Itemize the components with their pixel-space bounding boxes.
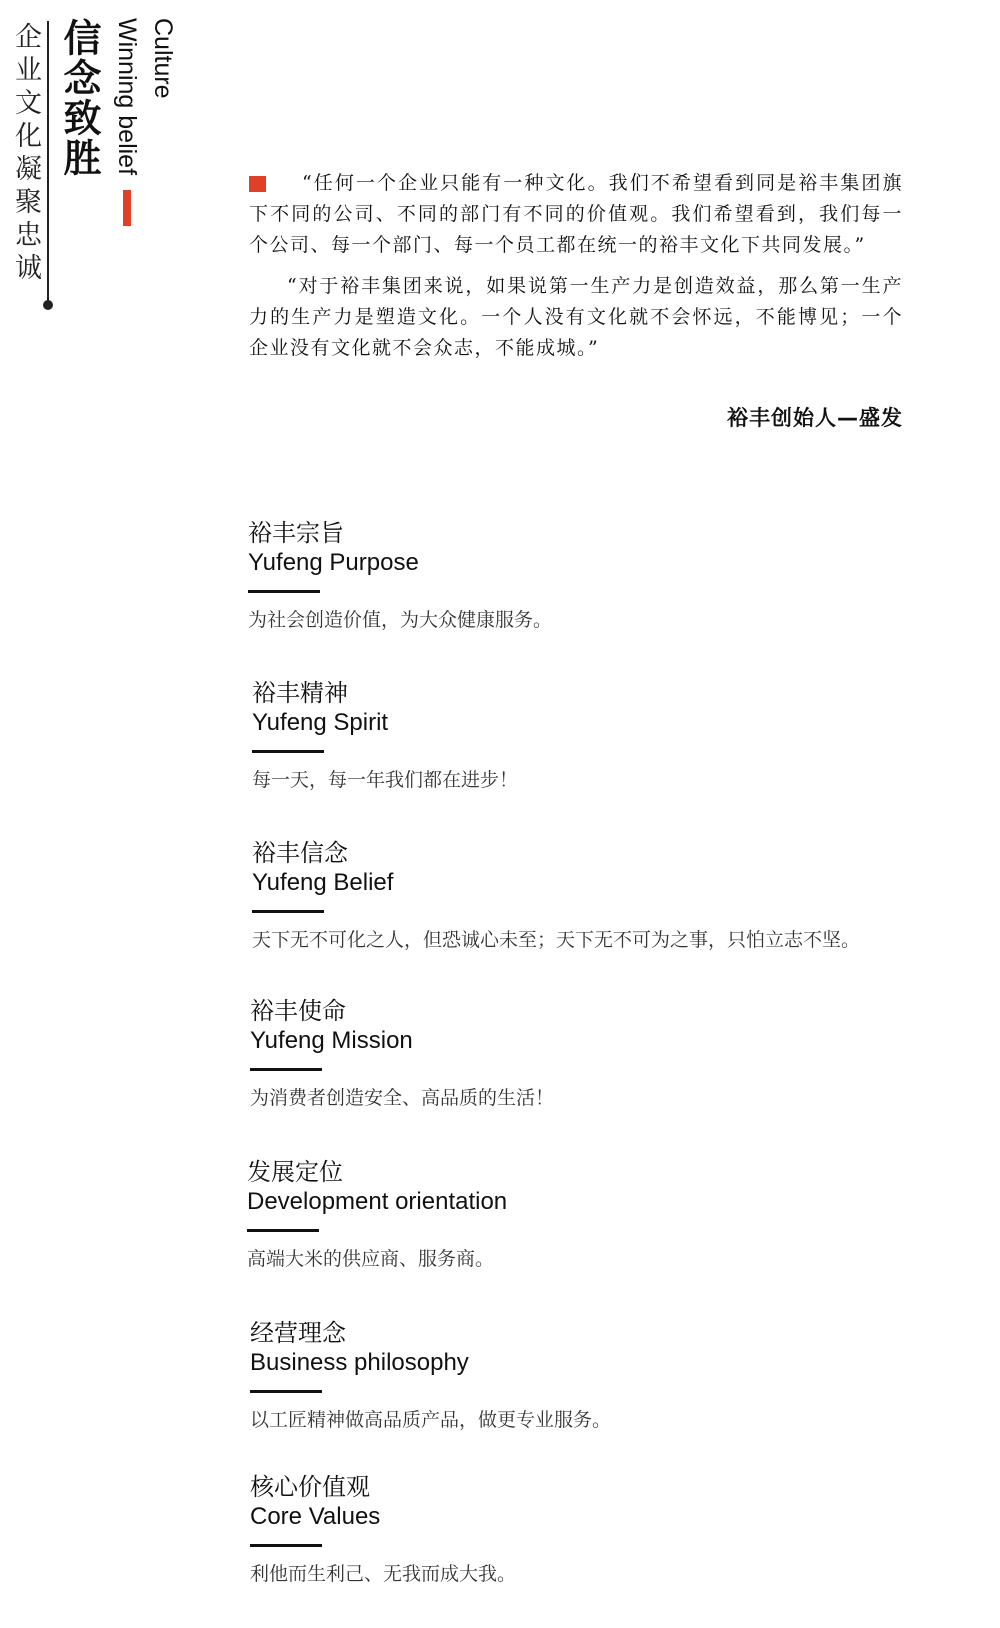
section-underline [250, 1544, 322, 1547]
section-description: 以工匠精神做高品质产品，做更专业服务。 [250, 1406, 930, 1434]
section-title-en: Core Values [250, 1502, 930, 1532]
section-title-zh: 裕丰宗旨 [248, 518, 928, 548]
section-title-en: Yufeng Belief [252, 868, 932, 898]
section-underline [252, 910, 324, 913]
section-title-zh: 经营理念 [250, 1318, 930, 1348]
section-underline [250, 1068, 322, 1071]
section-title-zh: 核心价值观 [250, 1472, 930, 1502]
divider-end-dot [43, 300, 53, 310]
section-belief: 裕丰信念 Yufeng Belief 天下无不可化之人，但恐诚心未至；天下无不可… [252, 838, 932, 954]
side-english-title: Culture [148, 18, 178, 99]
section-description: 高端大米的供应商、服务商。 [247, 1245, 927, 1273]
section-underline [247, 1229, 319, 1232]
quote-marker-icon [249, 176, 266, 192]
section-title-zh: 裕丰精神 [252, 678, 932, 708]
section-spirit: 裕丰精神 Yufeng Spirit 每一天，每一年我们都在进步！ [252, 678, 932, 794]
section-purpose: 裕丰宗旨 Yufeng Purpose 为社会创造价值，为大众健康服务。 [248, 518, 928, 634]
section-description: 为消费者创造安全、高品质的生活！ [250, 1084, 930, 1112]
accent-bar [123, 190, 131, 226]
section-title-zh: 裕丰使命 [250, 996, 930, 1026]
section-title-en: Development orientation [247, 1187, 927, 1217]
section-description: 利他而生利己、无我而成大我。 [250, 1560, 930, 1588]
section-title-en: Yufeng Spirit [252, 708, 932, 738]
section-title-en: Yufeng Mission [250, 1026, 930, 1056]
section-title-en: Business philosophy [250, 1348, 930, 1378]
section-description: 天下无不可化之人，但恐诚心未至；天下无不可为之事，只怕立志不坚。 [252, 926, 932, 954]
quote-paragraph: “任何一个企业只能有一种文化。我们不希望看到同是裕丰集团旗下不同的公司、不同的部… [249, 168, 903, 261]
section-business-philosophy: 经营理念 Business philosophy 以工匠精神做高品质产品，做更专… [250, 1318, 930, 1434]
section-mission: 裕丰使命 Yufeng Mission 为消费者创造安全、高品质的生活！ [250, 996, 930, 1112]
section-description: 每一天，每一年我们都在进步！ [252, 766, 932, 794]
section-underline [250, 1390, 322, 1393]
section-title-en: Yufeng Purpose [248, 548, 928, 578]
side-header: 企业文化凝聚忠诚 信念致胜 Winning belief Culture [0, 0, 200, 320]
slogan-vertical: 企业文化凝聚忠诚 [8, 22, 42, 286]
quote-signature: 裕丰创始人—盛发 [727, 402, 903, 432]
founder-quote: “任何一个企业只能有一种文化。我们不希望看到同是裕丰集团旗下不同的公司、不同的部… [249, 168, 903, 374]
section-development-orientation: 发展定位 Development orientation 高端大米的供应商、服务… [247, 1157, 927, 1273]
section-title-zh: 裕丰信念 [252, 838, 932, 868]
quote-paragraph: “对于裕丰集团来说，如果说第一生产力是创造效益，那么第一生产力的生产力是塑造文化… [249, 271, 903, 364]
side-title: 信念致胜 [58, 18, 100, 178]
side-english-subtitle: Winning belief [112, 18, 142, 175]
section-underline [248, 590, 320, 593]
section-title-zh: 发展定位 [247, 1157, 927, 1187]
section-core-values: 核心价值观 Core Values 利他而生利己、无我而成大我。 [250, 1472, 930, 1588]
section-description: 为社会创造价值，为大众健康服务。 [248, 606, 928, 634]
section-underline [252, 750, 324, 753]
vertical-divider-line [47, 21, 49, 304]
